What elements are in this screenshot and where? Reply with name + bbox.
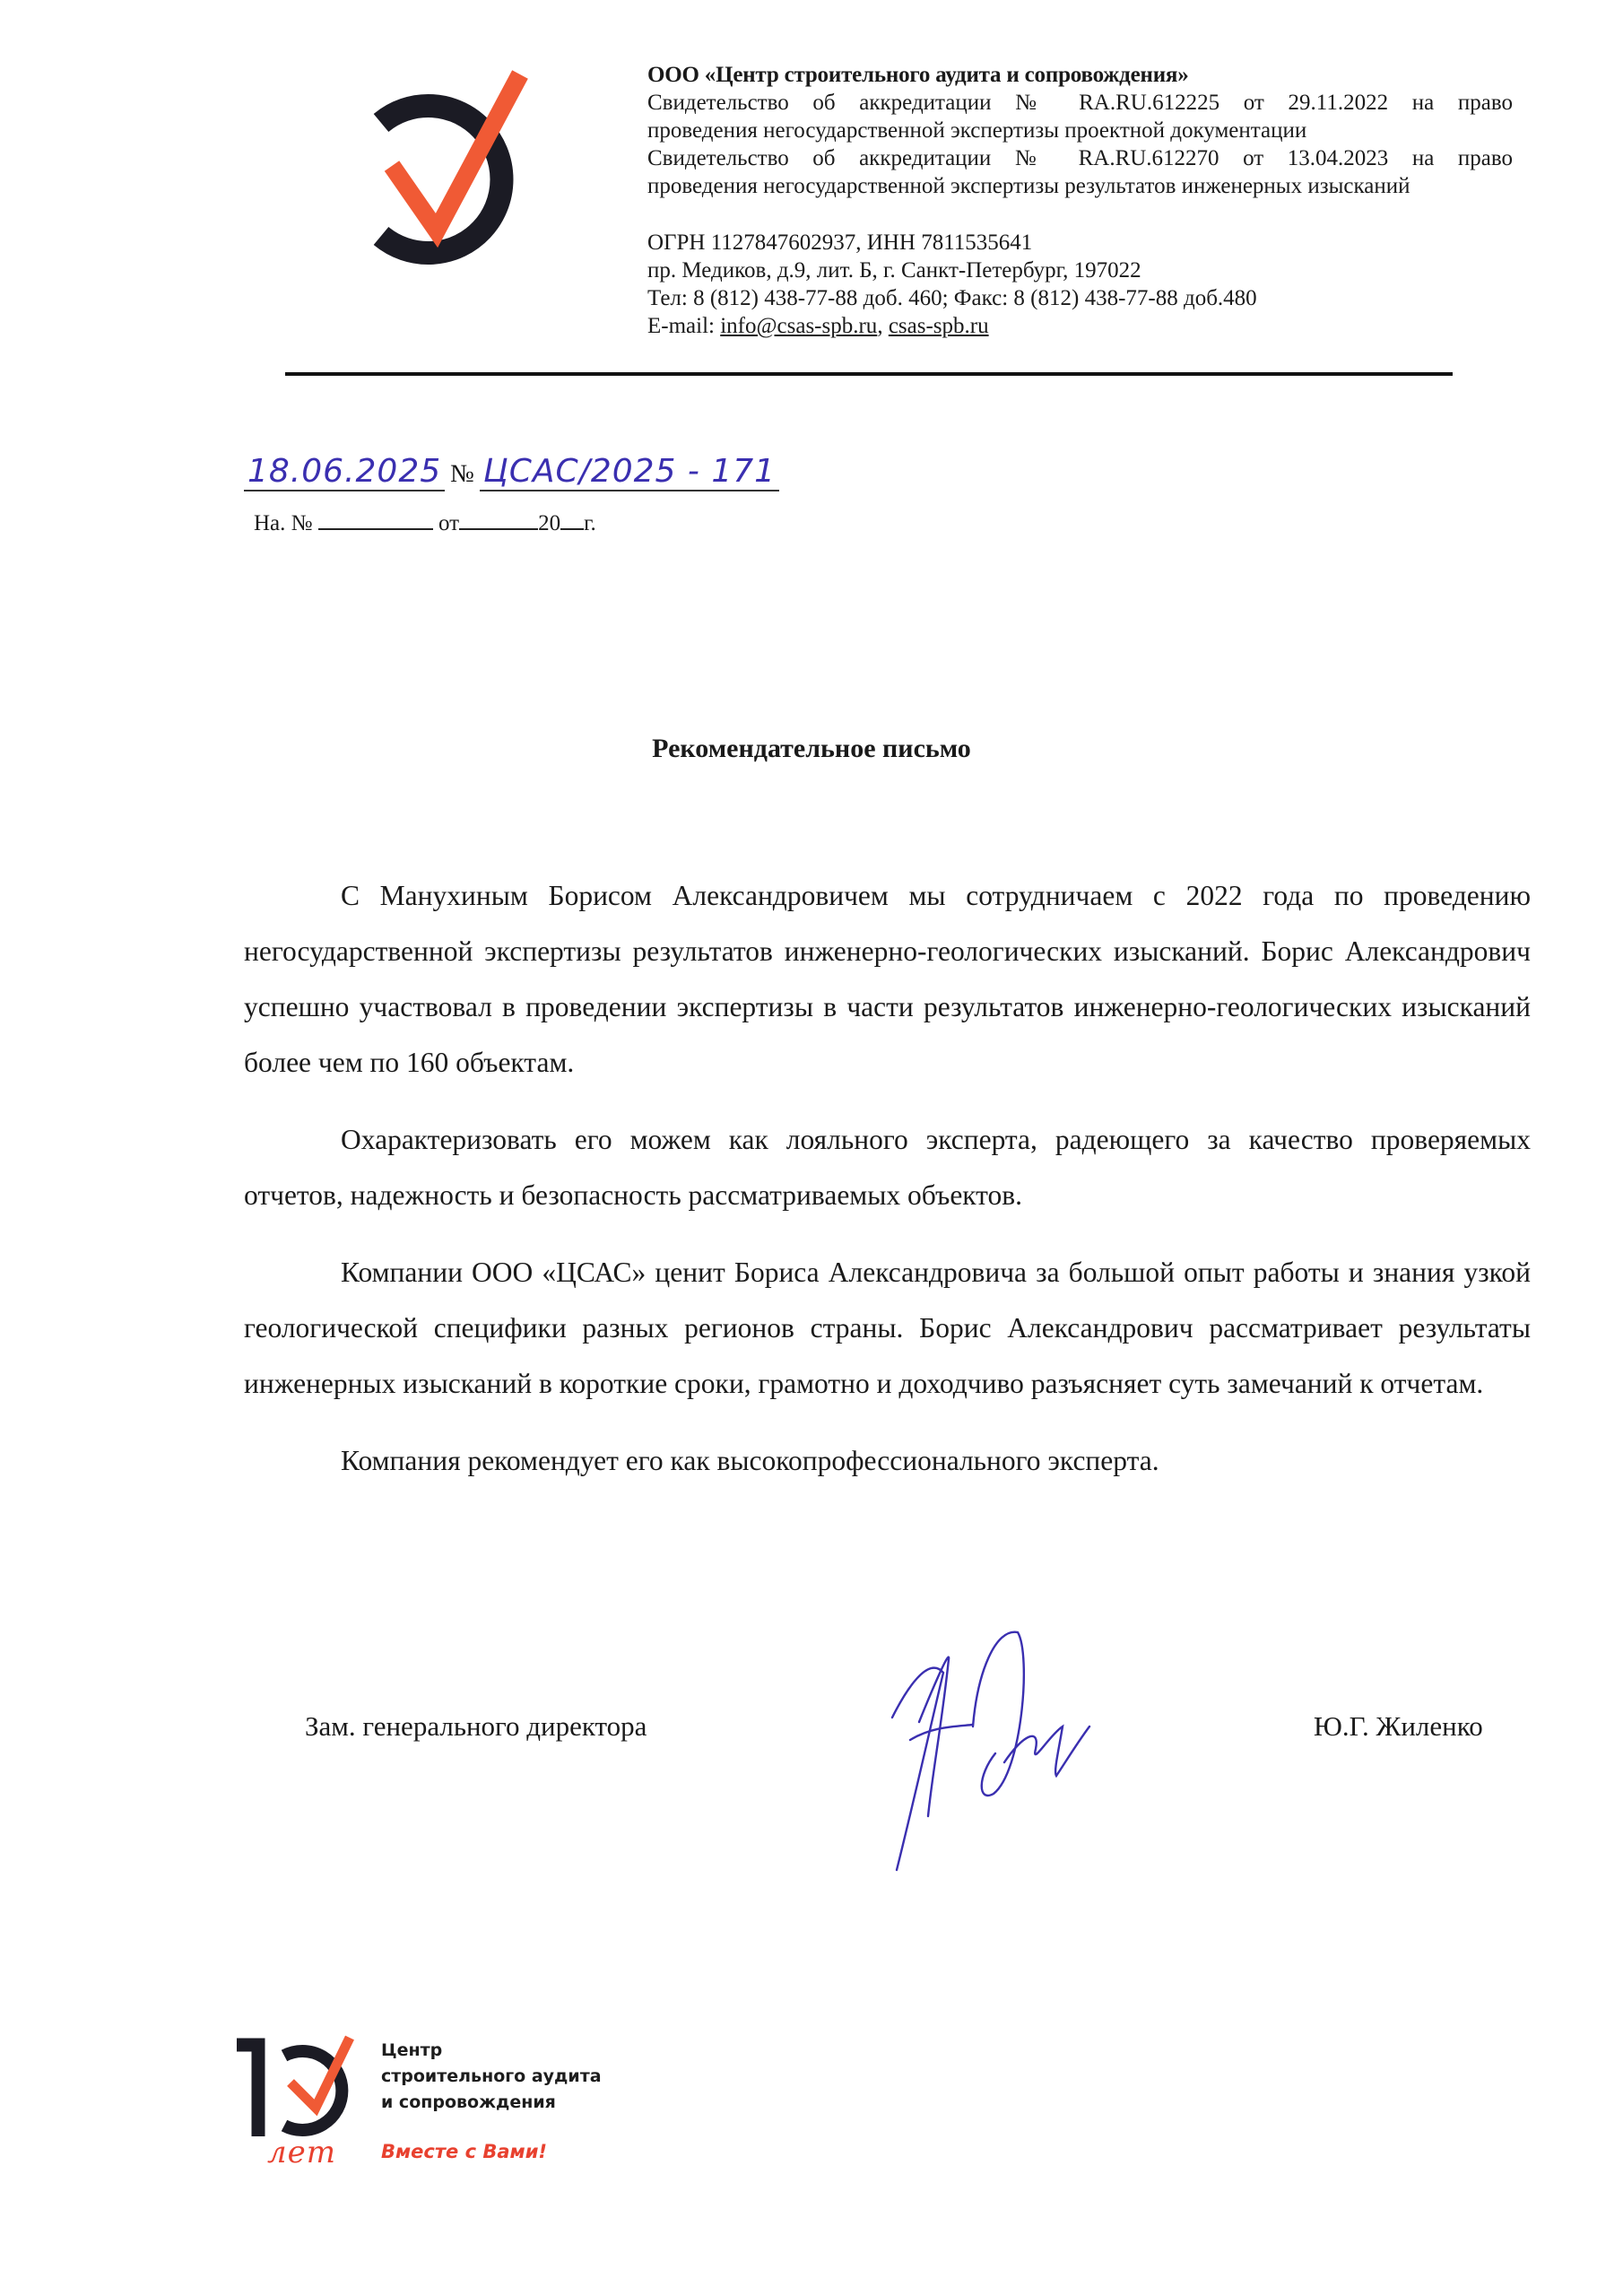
years-word: лет <box>267 2135 336 2170</box>
paragraph-2: Охарактеризовать его можем как лояльного… <box>244 1112 1531 1223</box>
contacts-separator: , <box>877 314 889 338</box>
ten-years-logo-icon <box>235 2020 360 2150</box>
letter-body: С Манухиным Борисом Александровичем мы с… <box>244 868 1531 1510</box>
incoming-year-blank <box>560 509 584 530</box>
footer-company-name: Центр строительного аудита и сопровожден… <box>381 2038 602 2116</box>
incoming-reference: На. № от20г. <box>254 509 596 536</box>
company-name: ООО «Центр строительного аудита и сопров… <box>647 61 1513 89</box>
footer-line-1: Центр <box>381 2038 602 2064</box>
outgoing-reference: 18.06.2025№ЦСАС/2025 - 171 <box>244 453 779 490</box>
incoming-prefix: На. № <box>254 511 313 535</box>
accreditation-1-line-2: проведения негосударственной экспертизы … <box>647 117 1513 144</box>
email-label: E-mail: <box>647 314 720 338</box>
accreditation-1-line-1: Свидетельство об аккредитации № RA.RU.61… <box>647 89 1513 117</box>
ogrn-inn: ОГРН 1127847602937, ИНН 7811535641 <box>647 229 1513 257</box>
footer-line-2: строительного аудита <box>381 2064 602 2090</box>
signatory-name: Ю.Г. Жиленко <box>1314 1710 1483 1743</box>
accreditation-2-line-2: проведения негосударственной экспертизы … <box>647 172 1513 200</box>
phones: Тел: 8 (812) 438-77-88 доб. 460; Факс: 8… <box>647 284 1513 312</box>
email-link[interactable]: info@csas-spb.ru <box>720 314 877 338</box>
paragraph-4: Компания рекомендует его как высокопрофе… <box>244 1433 1531 1489</box>
paragraph-3: Компании ООО «ЦСАС» ценит Бориса Алексан… <box>244 1245 1531 1412</box>
signature-icon <box>888 1619 1148 1879</box>
letter-title: Рекомендательное письмо <box>0 734 1623 764</box>
incoming-suffix: г. <box>584 511 596 535</box>
contacts-line: E-mail: info@csas-spb.ru, csas-spb.ru <box>647 312 1513 340</box>
signatory-role: Зам. генерального директора <box>305 1710 647 1743</box>
letterhead: ООО «Центр строительного аудита и сопров… <box>647 61 1513 340</box>
paragraph-1: С Манухиным Борисом Александровичем мы с… <box>244 868 1531 1091</box>
handwritten-number: ЦСАС/2025 - 171 <box>480 453 779 491</box>
footer-slogan: Вместе с Вами! <box>381 2141 547 2162</box>
address: пр. Медиков, д.9, лит. Б, г. Санкт-Петер… <box>647 257 1513 284</box>
footer-line-3: и сопровождения <box>381 2090 602 2116</box>
handwritten-date: 18.06.2025 <box>244 453 445 491</box>
number-sign: № <box>450 460 474 488</box>
accreditation-2-line-1: Свидетельство об аккредитации № RA.RU.61… <box>647 144 1513 172</box>
incoming-year: 20 <box>538 511 560 535</box>
website-link[interactable]: csas-spb.ru <box>889 314 989 338</box>
company-logo-icon <box>354 67 542 274</box>
incoming-number-blank <box>318 509 433 530</box>
incoming-date-blank <box>459 509 538 530</box>
header-divider <box>285 372 1453 376</box>
incoming-from: от <box>438 511 459 535</box>
